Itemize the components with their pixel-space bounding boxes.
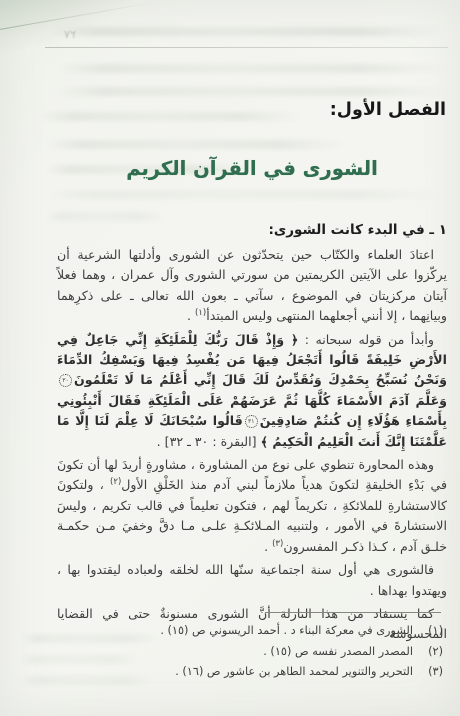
- paragraph-text: فالشورى هي أول سنة اجتماعية سنّها الله ل…: [57, 562, 447, 597]
- paragraph: فالشورى هي أول سنة اجتماعية سنّها الله ل…: [57, 560, 447, 601]
- footnote-divider: [265, 612, 441, 613]
- footnote-reference: (١): [195, 308, 206, 318]
- paragraph-text: اعتادَ العلماء والكتّاب حين يتحدّثون عن …: [57, 247, 447, 323]
- bleed-through-header: [50, 27, 445, 36]
- page-crease-line: [0, 0, 162, 31]
- footnote-reference: (٢): [110, 477, 121, 487]
- ayah-end-mark: ٣١: [245, 415, 258, 428]
- paragraph-text: .: [187, 308, 195, 323]
- section-heading: ١ ـ في البدء كانت الشورى:: [57, 222, 447, 238]
- footnote-number: (١): [413, 621, 443, 642]
- ghost-page-number: ٢٧: [64, 28, 76, 41]
- ayah-end-mark: ٣٠: [59, 374, 72, 387]
- header-rule: [45, 47, 448, 48]
- paragraph: وهذه المحاورة تنطوي على نوع من المشاورة …: [57, 455, 447, 557]
- paragraph-text: .: [264, 539, 272, 554]
- footnote-row: (٣)التحرير والتنوير لمحمد الطاهر بن عاشو…: [40, 662, 443, 683]
- footnote-row: (٢)المصدر المصدر نفسه ص (١٥) .: [40, 642, 443, 663]
- body-text-block: ١ ـ في البدء كانت الشورى: اعتادَ العلماء…: [57, 222, 447, 648]
- bleed-through-line: [55, 87, 448, 96]
- bleed-through-line: [45, 190, 445, 199]
- bleed-through-line: [40, 112, 300, 121]
- page-corner-shade: [0, 0, 260, 130]
- footnote-row: (١)الشورى في معركة البناء د . أحمد الريس…: [40, 621, 443, 642]
- footnote-text: المصدر المصدر نفسه ص (١٥) .: [40, 642, 413, 663]
- bleed-through-line: [55, 64, 448, 73]
- paragraph: اعتادَ العلماء والكتّاب حين يتحدّثون عن …: [57, 245, 447, 327]
- paragraph: وأبدأ من قوله سبحانه : ﴿ وَإِذْ قَالَ رَ…: [57, 330, 447, 452]
- footnotes-container: (١)الشورى في معركة البناء د . أحمد الريس…: [40, 621, 443, 683]
- footnote-number: (٣): [413, 662, 443, 683]
- paragraph-text: وأبدأ من قوله سبحانه :: [298, 332, 434, 347]
- chapter-label: الفصل الأول:: [330, 100, 446, 120]
- bleed-through-line: [45, 140, 345, 149]
- footnote-text: الشورى في معركة البناء د . أحمد الريسوني…: [40, 621, 413, 642]
- scanned-book-page: ٢٧ الفصل الأول: الشورى في القرآن الكريم …: [0, 0, 460, 716]
- page-title: الشورى في القرآن الكريم: [57, 157, 447, 180]
- paragraphs-container: اعتادَ العلماء والكتّاب حين يتحدّثون عن …: [57, 245, 447, 645]
- footnote-reference: (٣): [272, 539, 283, 549]
- footnote-text: التحرير والتنوير لمحمد الطاهر بن عاشور ص…: [40, 662, 413, 683]
- footnote-number: (٢): [413, 642, 443, 663]
- paragraph-text: [البقرة : ٣٠ ـ ٣٢] .: [157, 434, 261, 449]
- bleed-through-line: [45, 212, 165, 221]
